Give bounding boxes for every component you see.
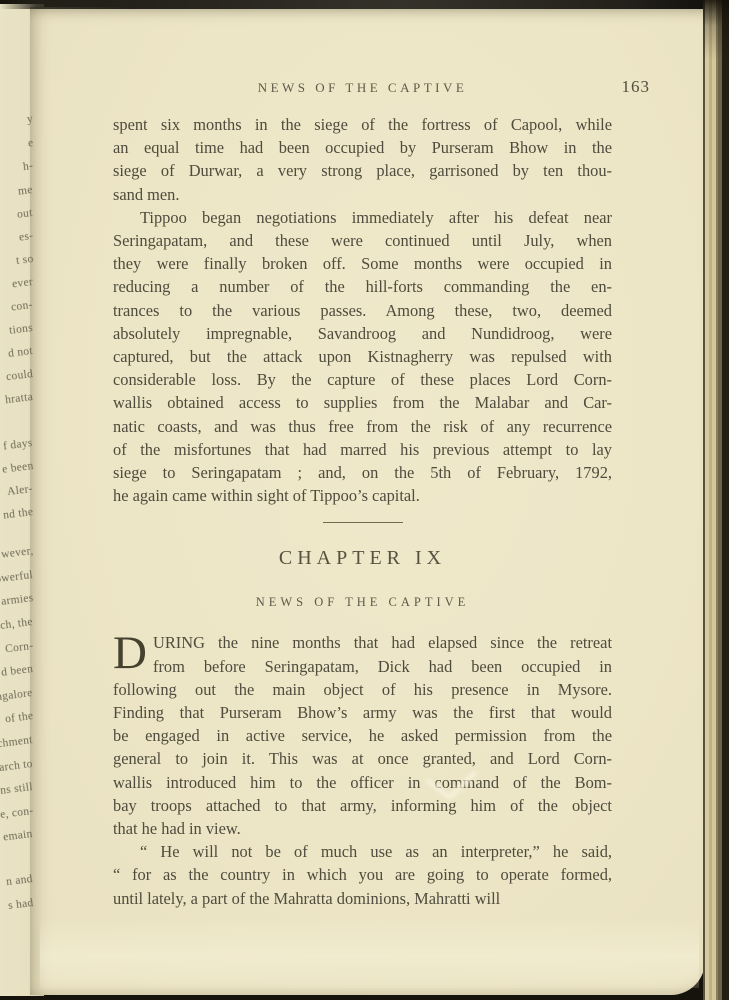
text-line: general to join it. This was at once gra… bbox=[113, 747, 612, 770]
body-text: spent six months in the siege of the for… bbox=[113, 113, 612, 507]
text-line: wallis obtained access to supplies from … bbox=[113, 391, 612, 414]
running-title: NEWS OF THE CAPTIVE bbox=[258, 80, 468, 95]
margin-fragment: e been bbox=[1, 460, 34, 476]
margin-fragments: yeh-meoutes-t soevercon-tionsd notcouldh… bbox=[0, 0, 38, 1000]
margin-fragment: e bbox=[27, 137, 34, 150]
margin-fragment: me bbox=[18, 184, 34, 198]
chapter-body-text: DURING the nine months that had elapsed … bbox=[113, 631, 612, 909]
text-line: absolutely impregnable, Savandroog and N… bbox=[113, 322, 612, 345]
text-line: trances to the various passes. Among the… bbox=[113, 299, 612, 322]
page-number: 163 bbox=[622, 77, 651, 97]
running-header: NEWS OF THE CAPTIVE 163 bbox=[113, 80, 612, 100]
margin-fragment: nd the bbox=[2, 506, 33, 522]
margin-fragment: emain bbox=[3, 828, 34, 844]
section-divider bbox=[323, 522, 403, 523]
text-line: from before Seringapatam, Dick had been … bbox=[113, 655, 612, 678]
text-line: siege to Seringapatam ; and, on the 5th … bbox=[113, 461, 612, 484]
margin-fragment: tions bbox=[9, 322, 34, 337]
margin-fragment: ns still bbox=[0, 781, 34, 797]
text-line: Seringapatam, and these were continued u… bbox=[113, 229, 612, 252]
chapter-subtitle: NEWS OF THE CAPTIVE bbox=[113, 595, 612, 610]
text-line: reducing a number of the hill-forts comm… bbox=[113, 275, 612, 298]
margin-fragment: arch to bbox=[0, 758, 34, 774]
margin-fragment: es- bbox=[18, 230, 34, 244]
chapter-heading: CHAPTER IX bbox=[113, 547, 612, 570]
text-line: siege of Durwar, a very strong place, ga… bbox=[113, 159, 612, 182]
margin-fragment: h- bbox=[22, 160, 34, 173]
paragraph: spent six months in the siege of the for… bbox=[113, 113, 612, 206]
margin-fragment: d not bbox=[8, 345, 34, 360]
margin-fragment: y bbox=[26, 113, 33, 126]
text-line: natic coasts, and was thus free from the… bbox=[113, 415, 612, 438]
margin-fragment: wever, bbox=[0, 545, 34, 561]
text-line: “ He will not be of much use as an inter… bbox=[113, 840, 612, 863]
book-scan: { "header": { "running_title": "NEWS OF … bbox=[0, 0, 729, 1000]
text-line: bay troops attached to that army, inform… bbox=[113, 794, 612, 817]
margin-fragment: con- bbox=[11, 299, 34, 314]
margin-fragment: Corn- bbox=[4, 640, 34, 655]
margin-fragment: chment bbox=[0, 734, 34, 750]
text-line: wallis introduced him to the officer in … bbox=[113, 771, 612, 794]
text-line: be engaged in active service, he asked p… bbox=[113, 724, 612, 747]
paragraph: DURING the nine months that had elapsed … bbox=[113, 631, 612, 840]
text-line: until lately, a part of the Mahratta dom… bbox=[113, 887, 612, 910]
margin-fragment: armies bbox=[0, 592, 34, 608]
text-line: sand men. bbox=[113, 183, 612, 206]
text-line: Tippoo began negotiations immediately af… bbox=[113, 206, 612, 229]
margin-fragment: n and bbox=[6, 873, 34, 888]
text-line: “ for as the country in which you are go… bbox=[113, 863, 612, 886]
margin-fragment: could bbox=[5, 368, 33, 383]
margin-fragment: t so bbox=[15, 253, 34, 267]
text-line: he again came within sight of Tippoo’s c… bbox=[113, 484, 612, 507]
margin-fragment: ch, the bbox=[0, 616, 34, 632]
printed-text-block: NEWS OF THE CAPTIVE 163 spent six months… bbox=[113, 80, 612, 910]
paragraph: Tippoo began negotiations immediately af… bbox=[113, 206, 612, 508]
margin-fragment: e, con- bbox=[0, 805, 34, 821]
text-line: considerable loss. By the capture of the… bbox=[113, 368, 612, 391]
margin-fragment: f days bbox=[3, 437, 34, 453]
margin-fragment: owerful bbox=[0, 569, 34, 586]
text-line: they were finally broken off. Some month… bbox=[113, 252, 612, 275]
text-line: following out the main object of his pre… bbox=[113, 678, 612, 701]
margin-fragment: of the bbox=[4, 710, 34, 725]
margin-fragment: ever bbox=[11, 276, 33, 290]
margin-fragment: ngalore bbox=[0, 687, 34, 703]
margin-fragment: Aler- bbox=[7, 483, 34, 498]
text-line: spent six months in the siege of the for… bbox=[113, 113, 612, 136]
text-line: captured, but the attack upon Kistnagher… bbox=[113, 345, 612, 368]
drop-cap: D bbox=[113, 631, 153, 677]
paragraph: “ He will not be of much use as an inter… bbox=[113, 840, 612, 910]
margin-fragment: hratta bbox=[4, 391, 33, 406]
text-line: an equal time had been occupied by Purse… bbox=[113, 136, 612, 159]
margin-fragment: out bbox=[17, 207, 34, 221]
text-line: Finding that Purseram Bhow’s army was th… bbox=[113, 701, 612, 724]
text-line: URING the nine months that had elapsed s… bbox=[113, 631, 612, 654]
margin-fragment: s had bbox=[7, 897, 34, 912]
book-right-page-edges bbox=[703, 0, 729, 1000]
book-top-edge bbox=[0, 0, 729, 9]
margin-fragment: d been bbox=[0, 663, 33, 679]
text-line: of the misfortunes that had marred his p… bbox=[113, 438, 612, 461]
text-line: that he had in view. bbox=[113, 817, 612, 840]
